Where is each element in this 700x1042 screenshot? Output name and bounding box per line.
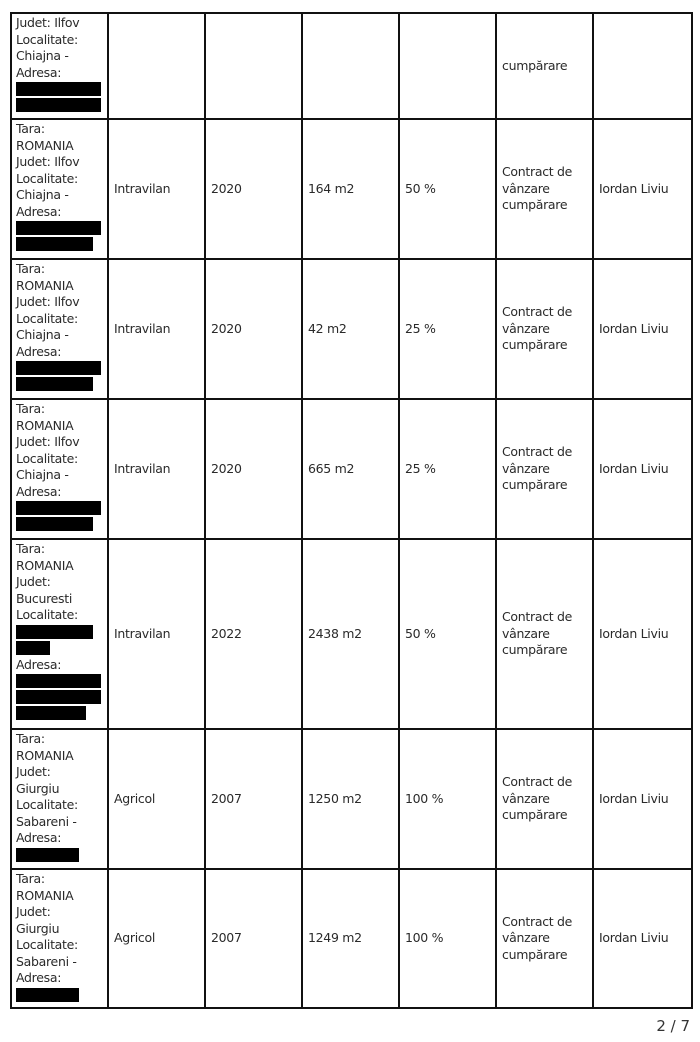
address-line: Adresa:: [16, 830, 103, 847]
category-cell: [108, 13, 205, 119]
address-line: ROMANIA: [16, 418, 103, 435]
address-line: Adresa:: [16, 204, 103, 221]
address-line: Adresa:: [16, 65, 103, 82]
page-indicator: 2 / 7: [656, 1017, 690, 1035]
address-cell: Tara:ROMANIAJudet: IlfovLocalitate:Chiaj…: [11, 399, 108, 539]
redacted-block: [16, 625, 93, 639]
address-line: Chiajna -: [16, 467, 103, 484]
year-cell: 2022: [205, 539, 302, 729]
property-table: Judet: IlfovLocalitate:Chiajna -Adresa:c…: [10, 12, 693, 1009]
redacted-block: [16, 98, 101, 112]
address-line: Judet: Ilfov: [16, 15, 103, 32]
address-line: Judet:: [16, 764, 103, 781]
category-cell: Intravilan: [108, 399, 205, 539]
owner-cell: Iordan Liviu: [593, 119, 692, 259]
address-line: Localitate:: [16, 451, 103, 468]
category-cell: Intravilan: [108, 539, 205, 729]
address-line: Tara:: [16, 121, 103, 138]
share-cell: 25 %: [399, 399, 496, 539]
table-row: Tara:ROMANIAJudet: IlfovLocalitate:Chiaj…: [11, 119, 692, 259]
table-row: Tara:ROMANIAJudet:GiurgiuLocalitate:Saba…: [11, 869, 692, 1008]
address-line: Judet:: [16, 904, 103, 921]
address-line: Giurgiu: [16, 921, 103, 938]
address-line: Judet: Ilfov: [16, 294, 103, 311]
acquisition-cell: Contract de vânzare cumpărare: [496, 259, 593, 399]
acquisition-cell: Contract de vânzare cumpărare: [496, 399, 593, 539]
address-line: ROMANIA: [16, 748, 103, 765]
owner-cell: [593, 13, 692, 119]
address-line: Localitate:: [16, 171, 103, 188]
address-cell: Tara:ROMANIAJudet: IlfovLocalitate:Chiaj…: [11, 119, 108, 259]
address-line: Adresa:: [16, 970, 103, 987]
year-cell: 2020: [205, 119, 302, 259]
address-line: Tara:: [16, 871, 103, 888]
redacted-block: [16, 690, 101, 704]
category-cell: Intravilan: [108, 259, 205, 399]
share-cell: 100 %: [399, 729, 496, 869]
address-line: ROMANIA: [16, 558, 103, 575]
address-line: Tara:: [16, 541, 103, 558]
owner-cell: Iordan Liviu: [593, 399, 692, 539]
redacted-block: [16, 361, 101, 375]
share-cell: 50 %: [399, 539, 496, 729]
area-cell: 1249 m2: [302, 869, 399, 1008]
redacted-block: [16, 237, 93, 251]
address-line: Judet:: [16, 574, 103, 591]
category-cell: Agricol: [108, 729, 205, 869]
table-row: Tara:ROMANIAJudet:BucurestiLocalitate:Ad…: [11, 539, 692, 729]
category-cell: Intravilan: [108, 119, 205, 259]
owner-cell: Iordan Liviu: [593, 539, 692, 729]
table-row: Tara:ROMANIAJudet: IlfovLocalitate:Chiaj…: [11, 259, 692, 399]
year-cell: [205, 13, 302, 119]
acquisition-cell: cumpărare: [496, 13, 593, 119]
area-cell: 665 m2: [302, 399, 399, 539]
year-cell: 2007: [205, 869, 302, 1008]
category-cell: Agricol: [108, 869, 205, 1008]
address-line: Adresa:: [16, 657, 103, 674]
redacted-block: [16, 706, 86, 720]
redacted-block: [16, 221, 101, 235]
owner-cell: Iordan Liviu: [593, 869, 692, 1008]
year-cell: 2020: [205, 399, 302, 539]
year-cell: 2020: [205, 259, 302, 399]
address-line: ROMANIA: [16, 278, 103, 295]
address-line: Localitate:: [16, 311, 103, 328]
area-cell: 42 m2: [302, 259, 399, 399]
address-line: Sabareni -: [16, 814, 103, 831]
address-line: Giurgiu: [16, 781, 103, 798]
address-line: Bucuresti: [16, 591, 103, 608]
table-row: Judet: IlfovLocalitate:Chiajna -Adresa:c…: [11, 13, 692, 119]
address-line: ROMANIA: [16, 138, 103, 155]
acquisition-cell: Contract de vânzare cumpărare: [496, 119, 593, 259]
owner-cell: Iordan Liviu: [593, 729, 692, 869]
area-cell: 2438 m2: [302, 539, 399, 729]
address-line: Chiajna -: [16, 327, 103, 344]
address-line: Judet: Ilfov: [16, 154, 103, 171]
address-line: ROMANIA: [16, 888, 103, 905]
acquisition-cell: Contract de vânzare cumpărare: [496, 539, 593, 729]
address-line: Localitate:: [16, 32, 103, 49]
address-line: Localitate:: [16, 797, 103, 814]
property-table-body: Judet: IlfovLocalitate:Chiajna -Adresa:c…: [11, 13, 692, 1008]
address-line: Tara:: [16, 261, 103, 278]
year-cell: 2007: [205, 729, 302, 869]
owner-cell: Iordan Liviu: [593, 259, 692, 399]
address-line: Localitate:: [16, 607, 103, 624]
address-line: Localitate:: [16, 937, 103, 954]
redacted-block: [16, 377, 93, 391]
share-cell: 50 %: [399, 119, 496, 259]
address-cell: Tara:ROMANIAJudet:GiurgiuLocalitate:Saba…: [11, 729, 108, 869]
address-cell: Tara:ROMANIAJudet:GiurgiuLocalitate:Saba…: [11, 869, 108, 1008]
redacted-block: [16, 501, 101, 515]
area-cell: 1250 m2: [302, 729, 399, 869]
address-line: Tara:: [16, 731, 103, 748]
address-cell: Tara:ROMANIAJudet: IlfovLocalitate:Chiaj…: [11, 259, 108, 399]
redacted-block: [16, 988, 79, 1002]
acquisition-cell: Contract de vânzare cumpărare: [496, 869, 593, 1008]
address-line: Adresa:: [16, 344, 103, 361]
area-cell: 164 m2: [302, 119, 399, 259]
redacted-block: [16, 82, 101, 96]
redacted-block: [16, 641, 50, 655]
acquisition-cell: Contract de vânzare cumpărare: [496, 729, 593, 869]
address-line: Sabareni -: [16, 954, 103, 971]
address-line: Chiajna -: [16, 187, 103, 204]
share-cell: [399, 13, 496, 119]
redacted-block: [16, 674, 101, 688]
table-row: Tara:ROMANIAJudet: IlfovLocalitate:Chiaj…: [11, 399, 692, 539]
share-cell: 100 %: [399, 869, 496, 1008]
table-row: Tara:ROMANIAJudet:GiurgiuLocalitate:Saba…: [11, 729, 692, 869]
address-line: Judet: Ilfov: [16, 434, 103, 451]
address-line: Tara:: [16, 401, 103, 418]
address-line: Chiajna -: [16, 48, 103, 65]
redacted-block: [16, 517, 93, 531]
address-line: Adresa:: [16, 484, 103, 501]
redacted-block: [16, 848, 79, 862]
area-cell: [302, 13, 399, 119]
address-cell: Judet: IlfovLocalitate:Chiajna -Adresa:: [11, 13, 108, 119]
share-cell: 25 %: [399, 259, 496, 399]
address-cell: Tara:ROMANIAJudet:BucurestiLocalitate:Ad…: [11, 539, 108, 729]
